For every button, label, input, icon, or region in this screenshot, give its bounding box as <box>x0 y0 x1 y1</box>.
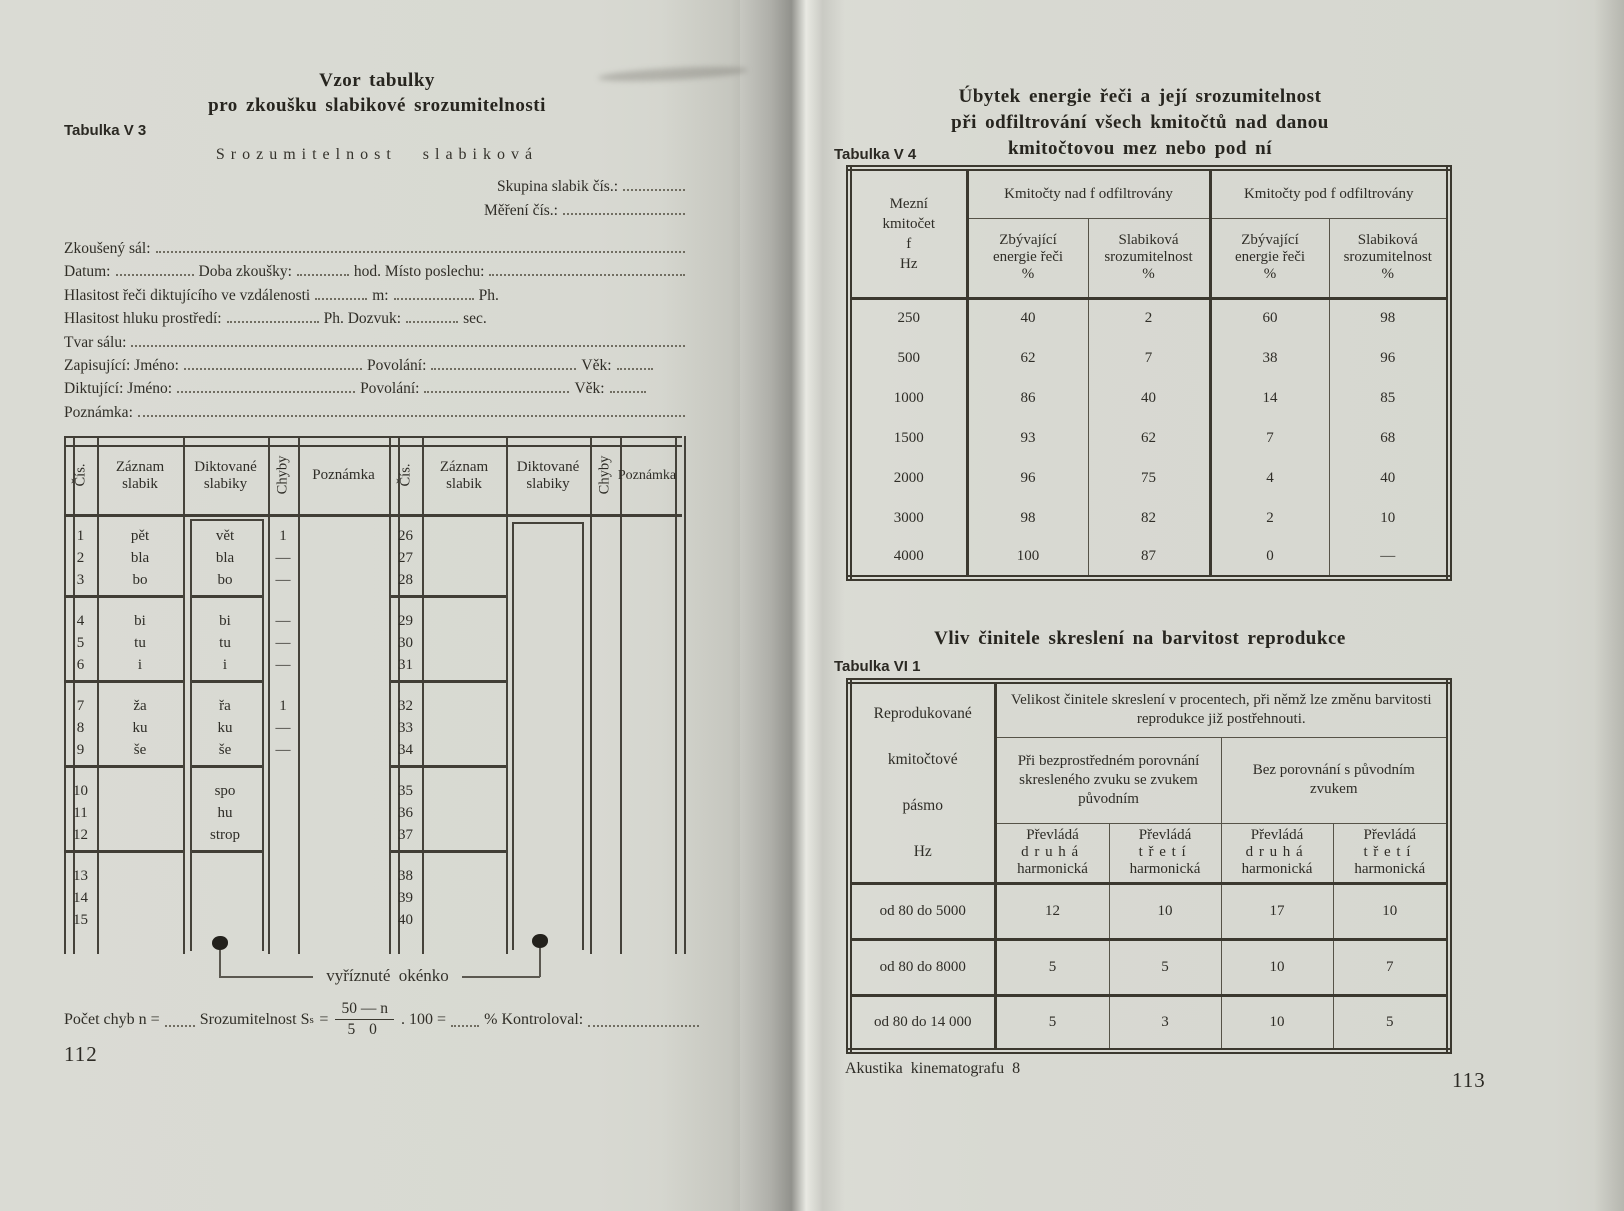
table-v4-label: Tabulka V 4 <box>834 146 916 163</box>
form-label: Povolání: <box>367 357 426 375</box>
sub-header-line: harmonická <box>997 861 1109 878</box>
table-cell: i <box>190 655 260 675</box>
sub-header-line: srozumitelnost <box>1330 249 1447 266</box>
column-header: Záznam slabik <box>422 459 506 493</box>
corner-header-line: Hz <box>852 829 994 875</box>
table-cell: — <box>268 570 298 590</box>
right-page-title: Úbytek energie řeči a její srozumitelnos… <box>870 84 1410 162</box>
table-cell: 14 <box>65 888 96 908</box>
table-cell: 36 <box>389 803 422 823</box>
test-form: Zkoušený sál:Datum:Doba zkoušky:hod. Mís… <box>64 238 690 425</box>
page-number-113: 113 <box>1452 1068 1486 1093</box>
cutout-dot-right <box>532 934 548 948</box>
column-header: Poznámka <box>616 467 678 484</box>
table-line <box>391 765 506 768</box>
sub-header-line: % <box>1089 266 1209 283</box>
table-cell: 10 <box>1109 883 1221 939</box>
cutout-leader-line <box>539 948 541 977</box>
table-cell: 86 <box>967 378 1088 418</box>
table-cell: — <box>268 718 298 738</box>
footer-caption: Akustika kinematografu 8 <box>845 1060 1020 1078</box>
form-line: Hlasitost hluku prostředí:Ph. Dozvuk:sec… <box>64 308 690 331</box>
table-cell: 37 <box>389 825 422 845</box>
table-cell: bi <box>190 611 260 631</box>
table-line <box>64 850 183 853</box>
table-cell: še <box>190 740 260 760</box>
form-line: Tvar sálu: <box>64 332 690 355</box>
column-header-rotated: Čís. <box>398 464 415 487</box>
table-row: 100086401485 <box>849 378 1449 418</box>
table-cell: 10 <box>1221 939 1333 995</box>
page-number-112: 112 <box>64 1042 98 1067</box>
table-vi1: ReprodukovanékmitočtovépásmoHzVelikost č… <box>846 678 1452 1054</box>
sub-header: Převládátřetíharmonická <box>1109 823 1221 883</box>
table-cell: 60 <box>1210 298 1329 338</box>
cutout-leader-line <box>219 976 313 978</box>
table-cell: — <box>268 548 298 568</box>
table-cell: bo <box>190 570 260 590</box>
table-line <box>64 765 183 768</box>
table-row: 15009362768 <box>849 418 1449 458</box>
table-cell: 3 <box>1109 995 1221 1051</box>
group-header: Kmitočty nad f odfiltrovány <box>967 168 1210 218</box>
table-vi1-title: Vliv činitele skreslení na barvitost rep… <box>870 628 1410 650</box>
table-line <box>391 595 506 598</box>
page-right: Úbytek energie řeči a její srozumitelnos… <box>740 0 1624 1211</box>
table-cell: 4000 <box>849 538 967 578</box>
table-cell: 62 <box>1088 418 1210 458</box>
table-cell: bi <box>97 611 183 631</box>
intelligibility-formula: Počet chyb n = Srozumitelnost Ss = 50 — … <box>64 1000 704 1039</box>
table-v4: MezníkmitočetfHzKmitočty nad f odfiltrov… <box>846 165 1452 581</box>
corner-header: MezníkmitočetfHz <box>849 168 967 298</box>
table-cell: tu <box>97 633 183 653</box>
table-cell: 2 <box>1088 298 1210 338</box>
form-line: Hlasitost řeči diktujícího ve vzdálenost… <box>64 285 690 308</box>
sub-header-line: Zbývající <box>969 232 1088 249</box>
sub-header-line: srozumitelnost <box>1089 249 1209 266</box>
corner-header-line: Reprodukované <box>852 691 994 737</box>
table-cell: 28 <box>389 570 422 590</box>
sub-header-line: Zbývající <box>1212 232 1329 249</box>
left-page-title-line2: pro zkoušku slabikové srozumitelnosti <box>64 95 690 117</box>
group-field-line: Měření čís.: <box>458 200 690 224</box>
table-cell: 3 <box>65 570 96 590</box>
sub-header: Zbývajícíenergie řeči% <box>967 218 1088 298</box>
form-label: Měření čís.: <box>484 202 558 220</box>
table-cell: 38 <box>389 866 422 886</box>
cutout-dot-left <box>212 936 228 950</box>
dotted-blank <box>138 402 685 417</box>
fraction-denominator: 5 0 <box>335 1020 394 1039</box>
sub-header-line: harmonická <box>1222 861 1333 878</box>
form-label: Tvar sálu: <box>64 334 126 352</box>
table-cell: 31 <box>389 655 422 675</box>
form-line: Diktující: Jméno:Povolání:Věk: <box>64 378 690 401</box>
table-cell: 0 <box>1210 538 1329 578</box>
table-cell: tu <box>190 633 260 653</box>
right-title-line3: kmitočtovou mez nebo pod ní <box>870 136 1410 162</box>
form-label: Věk: <box>574 380 604 398</box>
dotted-blank <box>315 285 367 300</box>
table-row: 20009675440 <box>849 458 1449 498</box>
table-cell: 15 <box>65 910 96 930</box>
page-edge-shadow <box>1594 0 1624 1211</box>
right-title-line2: při odfiltrování všech kmitočtů nad dano… <box>870 110 1410 136</box>
table-cell: 11 <box>65 803 96 823</box>
dotted-blank <box>563 200 685 215</box>
column-header-rotated: Chyby <box>275 456 292 495</box>
corner-header-line: Mezní <box>852 194 966 214</box>
dotted-blank <box>394 285 474 300</box>
table-cell: bla <box>97 548 183 568</box>
table-header-row: ReprodukovanékmitočtovépásmoHzVelikost č… <box>849 681 1449 737</box>
form-label: Ph. <box>479 287 499 305</box>
table-row: od 80 do 14 00053105 <box>849 995 1449 1051</box>
table-v3-label: Tabulka V 3 <box>64 122 146 139</box>
form-line: Zapisující: Jméno:Povolání:Věk: <box>64 355 690 378</box>
right-title-line1: Úbytek energie řeči a její srozumitelnos… <box>870 84 1410 110</box>
corner-header-line: kmitočet <box>852 214 966 234</box>
table-cell: 5 <box>995 939 1109 995</box>
table-cell: od 80 do 8000 <box>849 939 995 995</box>
table-cell: 27 <box>389 548 422 568</box>
dotted-blank <box>297 261 349 276</box>
table-cell: 96 <box>1329 338 1449 378</box>
sub-header-line: % <box>1330 266 1447 283</box>
sub-header-line: Převládá <box>997 827 1109 844</box>
table-cell: 40 <box>967 298 1088 338</box>
table-cell: 82 <box>1088 498 1210 538</box>
sub-header: Převládádruháharmonická <box>995 823 1109 883</box>
table-cell: 2000 <box>849 458 967 498</box>
dotted-blank <box>489 261 685 276</box>
dotted-blank <box>165 1012 195 1027</box>
table-cell: 62 <box>967 338 1088 378</box>
table-cell: bo <box>97 570 183 590</box>
sub-header-line: energie řeči <box>1212 249 1329 266</box>
table-cell: 40 <box>389 910 422 930</box>
table-cell: 35 <box>389 781 422 801</box>
table-cell: 96 <box>967 458 1088 498</box>
corner-header-line: Hz <box>852 254 966 274</box>
table-cell: 1 <box>65 526 96 546</box>
table-cell: i <box>97 655 183 675</box>
form-line: Zkoušený sál: <box>64 238 690 261</box>
table-cell: še <box>97 740 183 760</box>
table-cell: 40 <box>1329 458 1449 498</box>
table-cell: 17 <box>1221 883 1333 939</box>
sub-header-line: Převládá <box>1222 827 1333 844</box>
group-header: Bez porovnání s původním zvukem <box>1221 737 1449 823</box>
table-vi1-label: Tabulka VI 1 <box>834 658 920 675</box>
table-cell: 39 <box>389 888 422 908</box>
cutout-leader-line <box>219 950 221 977</box>
table-row: 30009882210 <box>849 498 1449 538</box>
table-cell: 40 <box>1088 378 1210 418</box>
table-cell: 85 <box>1329 378 1449 418</box>
table-cell: 34 <box>389 740 422 760</box>
sub-header: Převládátřetíharmonická <box>1333 823 1449 883</box>
sub-header-line: druhá <box>1222 844 1333 861</box>
form-label: sec. <box>463 310 487 328</box>
form-label: Hlasitost řeči diktujícího ve vzdálenost… <box>64 287 310 305</box>
form-label: Diktující: Jméno: <box>64 380 172 398</box>
sub-header-line: harmonická <box>1334 861 1447 878</box>
table-cell: 2 <box>65 548 96 568</box>
table-cell: 38 <box>1210 338 1329 378</box>
table-cell: 4 <box>65 611 96 631</box>
table-cell: 10 <box>1221 995 1333 1051</box>
table-cell: ku <box>97 718 183 738</box>
cutout-window-label: vyříznuté okénko <box>315 966 460 986</box>
table-cell: — <box>268 633 298 653</box>
sub-header: Slabikovásrozumitelnost% <box>1329 218 1449 298</box>
table-cell: 6 <box>65 655 96 675</box>
formula-text: = <box>319 1011 328 1029</box>
table-cell: 29 <box>389 611 422 631</box>
dotted-blank <box>116 261 194 276</box>
column-header: Záznam slabik <box>97 459 183 493</box>
form-label: Skupina slabik čís.: <box>497 178 618 196</box>
spanning-header: Velikost činitele skreslení v procentech… <box>995 681 1449 737</box>
table-cell: od 80 do 5000 <box>849 883 995 939</box>
table-cell: 98 <box>967 498 1088 538</box>
table-cell: 5 <box>1109 939 1221 995</box>
dotted-blank <box>131 332 685 347</box>
table-cell: — <box>268 655 298 675</box>
corner-header-line: f <box>852 234 966 254</box>
left-page-subtitle: Srozumitelnost slabiková <box>64 146 690 164</box>
table-cell: ku <box>190 718 260 738</box>
fraction-numerator: 50 — n <box>335 1000 394 1020</box>
table-cell: ža <box>97 696 183 716</box>
table-row: od 80 do 500012101710 <box>849 883 1449 939</box>
sub-header-line: energie řeči <box>969 249 1088 266</box>
form-label: hod. Místo poslechu: <box>354 263 484 281</box>
form-label: m: <box>372 287 388 305</box>
dotted-blank <box>617 355 653 370</box>
form-label: Hlasitost hluku prostředí: <box>64 310 222 328</box>
table-cell: 98 <box>1329 298 1449 338</box>
form-label: Doba zkoušky: <box>199 263 292 281</box>
table-cell: 30 <box>389 633 422 653</box>
table-line <box>64 514 682 517</box>
table-cell: 9 <box>65 740 96 760</box>
sub-header-line: třetí <box>1110 844 1221 861</box>
formula-text: Srozumitelnost S <box>200 1011 310 1029</box>
sub-header-line: druhá <box>997 844 1109 861</box>
table-header-row: MezníkmitočetfHzKmitočty nad f odfiltrov… <box>849 168 1449 218</box>
corner-header: ReprodukovanékmitočtovépásmoHz <box>849 681 995 883</box>
table-cell: 75 <box>1088 458 1210 498</box>
table-cell: 8 <box>65 718 96 738</box>
table-cell: 10 <box>65 781 96 801</box>
dotted-blank <box>184 355 362 370</box>
formula-text: . 100 = <box>401 1011 446 1029</box>
column-header: Diktované slabiky <box>506 459 590 493</box>
table-cell: 33 <box>389 718 422 738</box>
column-header: Poznámka <box>298 467 389 484</box>
table-cell: 12 <box>995 883 1109 939</box>
table-cell: 1 <box>268 696 298 716</box>
table-cell: 5 <box>1333 995 1449 1051</box>
form-label: Ph. Dozvuk: <box>324 310 402 328</box>
group-header: Při bezprostředném porovnání skresleného… <box>995 737 1221 823</box>
dotted-blank <box>227 308 319 323</box>
sub-header-line: Slabiková <box>1089 232 1209 249</box>
table-row: od 80 do 800055107 <box>849 939 1449 995</box>
form-label: Věk: <box>581 357 611 375</box>
table-cell: řa <box>190 696 260 716</box>
column-header-rotated: Čís. <box>73 464 90 487</box>
table-line <box>391 680 506 683</box>
formula-text: % Kontroloval: <box>484 1011 583 1029</box>
group-fields: Skupina slabik čís.:Měření čís.: <box>458 176 690 224</box>
sub-header-line: Slabiková <box>1330 232 1447 249</box>
table-cell: 1 <box>268 526 298 546</box>
dotted-blank <box>610 378 646 393</box>
table-cell: 10 <box>1333 883 1449 939</box>
table-line <box>64 680 183 683</box>
table-cell: 250 <box>849 298 967 338</box>
form-line: Datum:Doba zkoušky:hod. Místo poslechu: <box>64 261 690 284</box>
table-cell: — <box>268 611 298 631</box>
table-cell: 5 <box>995 995 1109 1051</box>
dotted-blank <box>588 1012 699 1027</box>
form-label: Zkoušený sál: <box>64 240 151 258</box>
sub-header-line: % <box>1212 266 1329 283</box>
table-row: 5006273896 <box>849 338 1449 378</box>
page-left: Vzor tabulky pro zkoušku slabikové srozu… <box>0 0 740 1211</box>
table-line <box>64 436 682 447</box>
sub-header-line: Převládá <box>1110 827 1221 844</box>
table-cell: 100 <box>967 538 1088 578</box>
table-cell: 93 <box>967 418 1088 458</box>
sub-header-line: třetí <box>1334 844 1447 861</box>
dotted-blank <box>451 1012 479 1027</box>
table-cell: 10 <box>1329 498 1449 538</box>
table-cell: 32 <box>389 696 422 716</box>
table-cell: — <box>1329 538 1449 578</box>
table-cell: hu <box>190 803 260 823</box>
table-cell: 87 <box>1088 538 1210 578</box>
table-cell: bla <box>190 548 260 568</box>
table-cell: 7 <box>65 696 96 716</box>
corner-header-line: kmitočtové <box>852 737 994 783</box>
group-header: Kmitočty pod f odfiltrovány <box>1210 168 1449 218</box>
form-label: Povolání: <box>360 380 419 398</box>
table-cell: 5 <box>65 633 96 653</box>
corner-header-line: pásmo <box>852 783 994 829</box>
column-header-rotated: Chyby <box>597 456 614 495</box>
formula-text: Počet chyb n = <box>64 1011 160 1029</box>
table-line <box>64 595 183 598</box>
table-cell: 1000 <box>849 378 967 418</box>
table-cell: 68 <box>1329 418 1449 458</box>
dotted-blank <box>424 378 569 393</box>
table-cell: 2 <box>1210 498 1329 538</box>
sub-header: Převládádruháharmonická <box>1221 823 1333 883</box>
formula-fraction: 50 — n 5 0 <box>335 1000 394 1039</box>
sub-header: Zbývajícíenergie řeči% <box>1210 218 1329 298</box>
table-cell: 14 <box>1210 378 1329 418</box>
form-label: Poznámka: <box>64 404 133 422</box>
form-line: Poznámka: <box>64 402 690 425</box>
table-cell: 1500 <box>849 418 967 458</box>
table-row: 4000100870— <box>849 538 1449 578</box>
table-cell: 13 <box>65 866 96 886</box>
table-cell: — <box>268 740 298 760</box>
table-cell: 3000 <box>849 498 967 538</box>
table-cell: vět <box>190 526 260 546</box>
table-row: 2504026098 <box>849 298 1449 338</box>
dotted-blank <box>156 238 685 253</box>
formula-subscript: s <box>310 1014 314 1026</box>
form-label: Datum: <box>64 263 111 281</box>
table-line <box>391 850 506 853</box>
table-cell: 26 <box>389 526 422 546</box>
table-cell: 4 <box>1210 458 1329 498</box>
dotted-blank <box>623 176 685 191</box>
dotted-blank <box>406 308 458 323</box>
dotted-blank <box>177 378 355 393</box>
dotted-blank <box>431 355 576 370</box>
table-cell: strop <box>190 825 260 845</box>
left-page-title-line1: Vzor tabulky <box>64 70 690 92</box>
column-header: Diktované slabiky <box>183 459 268 493</box>
table-cell: 7 <box>1088 338 1210 378</box>
table-cell: spo <box>190 781 260 801</box>
sub-header-line: harmonická <box>1110 861 1221 878</box>
table-cell: 7 <box>1210 418 1329 458</box>
table-cell: 500 <box>849 338 967 378</box>
sub-header-line: Převládá <box>1334 827 1447 844</box>
group-field-line: Skupina slabik čís.: <box>458 176 690 200</box>
table-cell: od 80 do 14 000 <box>849 995 995 1051</box>
cutout-leader-line <box>462 976 540 978</box>
sub-header: Slabikovásrozumitelnost% <box>1088 218 1210 298</box>
table-cell: 12 <box>65 825 96 845</box>
cutout-window-box <box>512 522 584 950</box>
table-cell: pět <box>97 526 183 546</box>
form-label: Zapisující: Jméno: <box>64 357 179 375</box>
book-scan: Vzor tabulky pro zkoušku slabikové srozu… <box>0 0 1624 1211</box>
sub-header-line: % <box>969 266 1088 283</box>
syllable-table: Čís.Záznam slabikDiktované slabikyChybyP… <box>64 436 682 958</box>
table-cell: 7 <box>1333 939 1449 995</box>
